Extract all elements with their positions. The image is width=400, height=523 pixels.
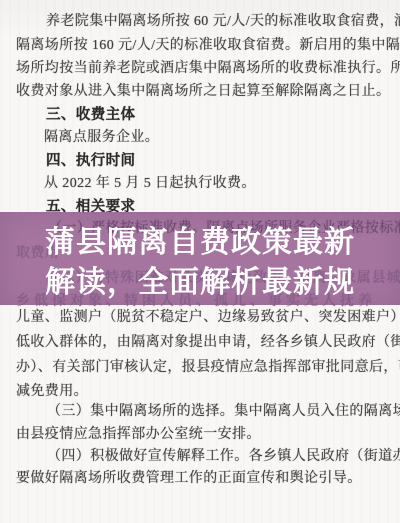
item3-line: （三）集中隔离场所的选择。集中隔离人员入住的隔离场所， bbox=[47, 403, 400, 421]
scanned-policy-document: { "colors": { "paper": "#f8f7f5", "ink":… bbox=[0, 0, 400, 523]
fee-paragraph-line: 收费对象从进入集中隔离场所之日起算至解除隔离之日止。 bbox=[16, 83, 390, 101]
relief-paragraph-line: 儿童、监测户（脱贫不稳定户、边缘易致贫户、突发困难户）等 bbox=[16, 309, 400, 327]
title-banner-overlay: （一）严格按标准收费。隔离点场所服务企业严格按标准收 取费用 （二）对特殊困难对… bbox=[0, 212, 400, 305]
section-heading-execution-time: 四、执行时间 bbox=[46, 152, 135, 170]
charge-subject-line: 隔离点服务企业。 bbox=[44, 129, 159, 147]
item3-line: 由县疫情应急指挥部办公室统一安排。 bbox=[16, 426, 261, 444]
banner-title-line-1: 蒲县隔离自费政策最新 bbox=[0, 223, 400, 263]
fee-paragraph-line: 场所均按当前养老院或酒店集中隔离场所的收费标准执行。所有 bbox=[16, 60, 400, 78]
banner-title: 蒲县隔离自费政策最新 解读，全面解析最新规 bbox=[0, 223, 400, 303]
relief-paragraph-line: 减免费用。 bbox=[16, 383, 88, 401]
banner-title-line-2: 解读，全面解析最新规 bbox=[0, 263, 400, 303]
item4-line: 要做好隔离场所收费管理工作的正面宣传和舆论引导。 bbox=[16, 470, 362, 488]
section-heading-charge-subject: 三、收费主体 bbox=[46, 106, 135, 124]
fee-paragraph-line: 隔离场所按 160 元/人/天的标准收取食宿费。新启用的集中隔离 bbox=[16, 37, 400, 55]
fee-paragraph-line: 养老院集中隔离场所按 60 元/人/天的标准收取食宿费，酒店 bbox=[46, 13, 400, 31]
execution-time-line: 从 2022 年 5 月 5 日起执行收费。 bbox=[44, 175, 256, 193]
relief-paragraph-line: 办）、有关部门审核认定，报县疫情应急指挥部审批同意后，可 bbox=[16, 359, 400, 377]
item4-line: （四）积极做好宣传解释工作。各乡镇人民政府（街道办） bbox=[47, 448, 400, 466]
relief-paragraph-line: 低收入群体的，由隔离对象提出申请，经各乡镇人民政府（街道 bbox=[16, 334, 400, 352]
